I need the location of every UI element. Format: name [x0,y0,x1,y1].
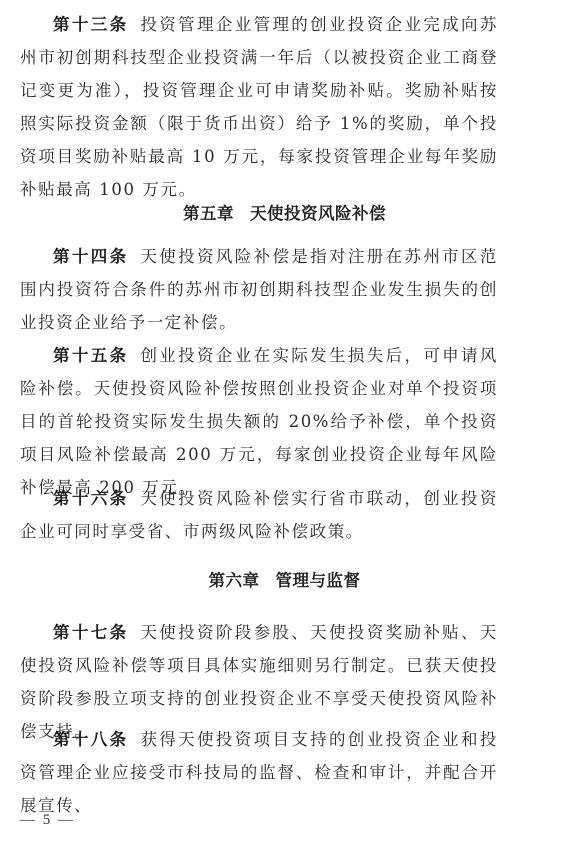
article-14: 第十四条天使投资风险补偿是指对注册在苏州市区范围内投资符合条件的苏州市初创期科技… [20,240,498,339]
article-label: 第十四条 [53,247,128,266]
chapter-title: 天使投资风险补偿 [250,204,386,223]
document-page: 第十三条投资管理企业管理的创业投资企业完成向苏州市初创期科技型企业投资满一年后（… [0,0,569,853]
article-text: 创业投资企业在实际发生损失后，可申请风险补偿。天使投资风险补偿按照创业投资企业对… [20,346,498,497]
article-13: 第十三条投资管理企业管理的创业投资企业完成向苏州市初创期科技型企业投资满一年后（… [20,8,498,206]
chapter-title: 管理与监督 [276,571,361,590]
article-label: 第十七条 [53,623,128,642]
chapter-heading-5: 第五章天使投资风险补偿 [0,200,569,224]
page-number: — 5 — [20,812,75,829]
article-16: 第十六条天使投资风险补偿实行省市联动，创业投资企业可同时享受省、市两级风险补偿政… [20,482,498,548]
article-text: 投资管理企业管理的创业投资企业完成向苏州市初创期科技型企业投资满一年后（以被投资… [20,15,498,199]
article-15: 第十五条创业投资企业在实际发生损失后，可申请风险补偿。天使投资风险补偿按照创业投… [20,339,498,504]
article-label: 第十六条 [53,489,128,508]
chapter-number: 第五章 [183,204,234,223]
article-18: 第十八条获得天使投资项目支持的创业投资企业和投资管理企业应接受市科技局的监督、检… [20,723,498,822]
article-label: 第十三条 [53,15,128,34]
article-label: 第十八条 [53,730,128,749]
article-label: 第十五条 [53,346,128,365]
chapter-heading-6: 第六章管理与监督 [0,567,569,591]
chapter-number: 第六章 [209,571,260,590]
